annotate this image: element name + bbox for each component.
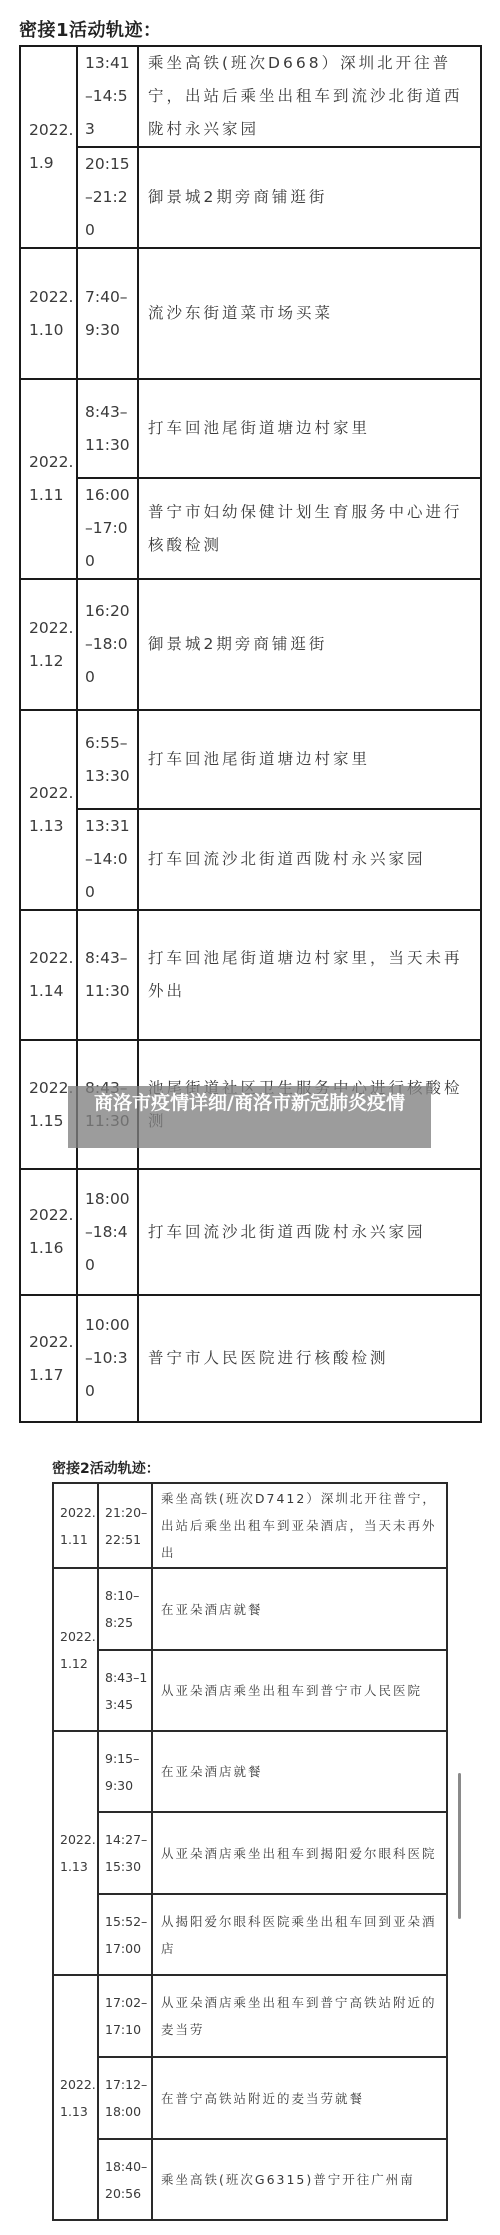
date-cell: 2022.1.17 [20, 1295, 77, 1422]
table-row: 20:15–21:20 御景城2期旁商铺逛街 [20, 147, 481, 248]
table-row: 2022.1.11 21:20–22:51 乘坐高铁(班次D7412）深圳北开往… [53, 1483, 447, 1568]
time-cell: 17:02–17:10 [98, 1975, 152, 2057]
activity-cell: 从亚朵酒店乘坐出租车到普宁高铁站附近的麦当劳 [152, 1975, 447, 2057]
date-cell: 2022.1.12 [53, 1568, 98, 1731]
activity-cell: 在普宁高铁站附近的麦当劳就餐 [152, 2057, 447, 2139]
time-cell: 6:55–13:30 [77, 710, 138, 809]
date-cell: 2022.1.10 [20, 248, 77, 379]
activity-cell: 乘坐高铁(班次D668）深圳北开往普宁，出站后乘坐出租车到流沙北街道西陇村永兴家… [138, 46, 481, 147]
activity-cell: 从亚朵酒店乘坐出租车到揭阳爱尔眼科医院 [152, 1812, 447, 1894]
time-cell: 8:43–11:30 [77, 379, 138, 478]
activity-cell: 御景城2期旁商铺逛街 [138, 147, 481, 248]
date-cell: 2022.1.13 [53, 1975, 98, 2220]
time-cell: 10:00–10:30 [77, 1295, 138, 1422]
date-cell: 2022.1.11 [20, 379, 77, 579]
table-row: 17:12–18:00 在普宁高铁站附近的麦当劳就餐 [53, 2057, 447, 2139]
table-row: 2022.1.9 13:41–14:53 乘坐高铁(班次D668）深圳北开往普宁… [20, 46, 481, 147]
activity-cell: 打车回流沙北街道西陇村永兴家园 [138, 809, 481, 910]
activity-cell: 打车回池尾街道塘边村家里，当天未再外出 [138, 910, 481, 1040]
activity-cell: 在亚朵酒店就餐 [152, 1731, 447, 1812]
activity-cell: 打车回池尾街道塘边村家里 [138, 379, 481, 478]
contact2-track-table: 2022.1.11 21:20–22:51 乘坐高铁(班次D7412）深圳北开往… [52, 1482, 448, 2221]
watermark-banner: 商洛市疫情详细/商洛市新冠肺炎疫情 [68, 1086, 431, 1148]
time-cell: 18:00–18:40 [77, 1169, 138, 1295]
date-cell: 2022.1.12 [20, 579, 77, 710]
time-cell: 8:43–11:30 [77, 910, 138, 1040]
vertical-scrollbar[interactable] [458, 1773, 461, 1919]
table-row: 2022.1.11 8:43–11:30 打车回池尾街道塘边村家里 [20, 379, 481, 478]
activity-cell: 流沙东街道菜市场买菜 [138, 248, 481, 379]
table-row: 13:31–14:00 打车回流沙北街道西陇村永兴家园 [20, 809, 481, 910]
table-row: 16:00–17:00 普宁市妇幼保健计划生育服务中心进行核酸检测 [20, 478, 481, 579]
table-row: 2022.1.13 17:02–17:10 从亚朵酒店乘坐出租车到普宁高铁站附近… [53, 1975, 447, 2057]
time-cell: 16:00–17:00 [77, 478, 138, 579]
activity-cell: 乘坐高铁(班次D7412）深圳北开往普宁，出站后乘坐出租车到亚朵酒店，当天未再外… [152, 1483, 447, 1568]
time-cell: 17:12–18:00 [98, 2057, 152, 2139]
activity-cell: 从亚朵酒店乘坐出租车到普宁市人民医院 [152, 1650, 447, 1731]
date-cell: 2022.1.13 [53, 1731, 98, 1975]
activity-cell: 普宁市人民医院进行核酸检测 [138, 1295, 481, 1422]
date-cell: 2022.1.11 [53, 1483, 98, 1568]
time-cell: 20:15–21:20 [77, 147, 138, 248]
time-cell: 13:31–14:00 [77, 809, 138, 910]
table-row: 15:52–17:00 从揭阳爱尔眼科医院乘坐出租车回到亚朵酒店 [53, 1894, 447, 1975]
time-cell: 9:15–9:30 [98, 1731, 152, 1812]
activity-cell: 打车回流沙北街道西陇村永兴家园 [138, 1169, 481, 1295]
table-row: 2022.1.14 8:43–11:30 打车回池尾街道塘边村家里，当天未再外出 [20, 910, 481, 1040]
activity-cell: 打车回池尾街道塘边村家里 [138, 710, 481, 809]
date-cell: 2022.1.14 [20, 910, 77, 1040]
table-row: 2022.1.17 10:00–10:30 普宁市人民医院进行核酸检测 [20, 1295, 481, 1422]
time-cell: 18:40–20:56 [98, 2139, 152, 2220]
table-row: 8:43–13:45 从亚朵酒店乘坐出租车到普宁市人民医院 [53, 1650, 447, 1731]
activity-cell: 御景城2期旁商铺逛街 [138, 579, 481, 710]
contact1-title: 密接1活动轨迹： [19, 16, 162, 42]
time-cell: 14:27–15:30 [98, 1812, 152, 1894]
activity-cell: 从揭阳爱尔眼科医院乘坐出租车回到亚朵酒店 [152, 1894, 447, 1975]
table-row: 18:40–20:56 乘坐高铁(班次G6315)普宁开往广州南 [53, 2139, 447, 2220]
table-row: 2022.1.12 8:10–8:25 在亚朵酒店就餐 [53, 1568, 447, 1650]
date-cell: 2022.1.16 [20, 1169, 77, 1295]
table-row: 2022.1.13 9:15–9:30 在亚朵酒店就餐 [53, 1731, 447, 1812]
time-cell: 13:41–14:53 [77, 46, 138, 147]
date-cell: 2022.1.13 [20, 710, 77, 910]
time-cell: 15:52–17:00 [98, 1894, 152, 1975]
table-row: 2022.1.13 6:55–13:30 打车回池尾街道塘边村家里 [20, 710, 481, 809]
date-cell: 2022.1.9 [20, 46, 77, 248]
activity-cell: 在亚朵酒店就餐 [152, 1568, 447, 1650]
time-cell: 8:10–8:25 [98, 1568, 152, 1650]
contact1-track-table: 2022.1.9 13:41–14:53 乘坐高铁(班次D668）深圳北开往普宁… [19, 45, 482, 1423]
table-row: 2022.1.10 7:40–9:30 流沙东街道菜市场买菜 [20, 248, 481, 379]
time-cell: 7:40–9:30 [77, 248, 138, 379]
table-row: 2022.1.16 18:00–18:40 打车回流沙北街道西陇村永兴家园 [20, 1169, 481, 1295]
activity-cell: 乘坐高铁(班次G6315)普宁开往广州南 [152, 2139, 447, 2220]
activity-cell: 普宁市妇幼保健计划生育服务中心进行核酸检测 [138, 478, 481, 579]
table-row: 2022.1.12 16:20–18:00 御景城2期旁商铺逛街 [20, 579, 481, 710]
contact2-title: 密接2活动轨迹： [52, 1458, 160, 1478]
time-cell: 16:20–18:00 [77, 579, 138, 710]
table-row: 14:27–15:30 从亚朵酒店乘坐出租车到揭阳爱尔眼科医院 [53, 1812, 447, 1894]
time-cell: 8:43–13:45 [98, 1650, 152, 1731]
time-cell: 21:20–22:51 [98, 1483, 152, 1568]
